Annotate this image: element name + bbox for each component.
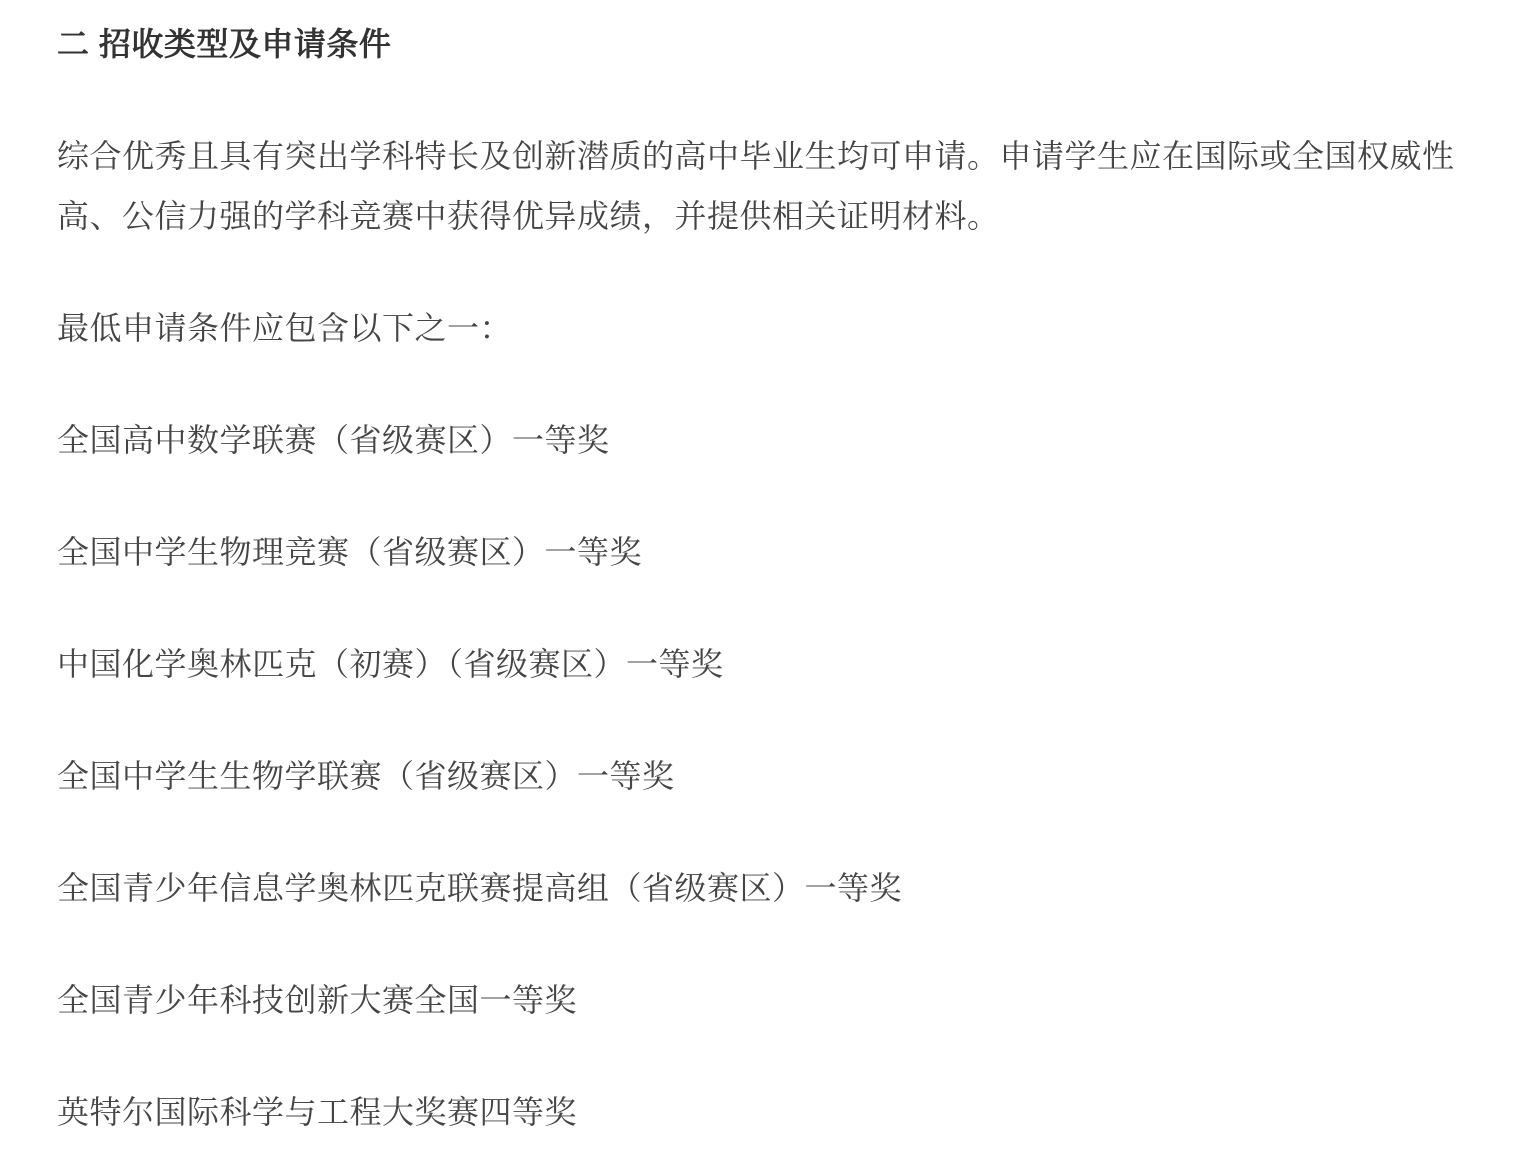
condition-item-intel-isef: 英特尔国际科学与工程大奖赛四等奖 [57, 1082, 1467, 1142]
section-heading: 二 招收类型及申请条件 [57, 20, 1473, 68]
condition-item-math: 全国高中数学联赛（省级赛区）一等奖 [57, 410, 1467, 470]
condition-item-informatics: 全国青少年信息学奥林匹克联赛提高组（省级赛区）一等奖 [57, 858, 1467, 918]
condition-item-physics: 全国中学生物理竞赛（省级赛区）一等奖 [57, 522, 1467, 582]
condition-item-chemistry: 中国化学奥林匹克（初赛）（省级赛区）一等奖 [57, 634, 1467, 694]
document-body: 二 招收类型及申请条件 综合优秀且具有突出学科特长及创新潜质的高中毕业生均可申请… [0, 0, 1530, 1150]
condition-item-science-innovation: 全国青少年科技创新大赛全国一等奖 [57, 970, 1467, 1030]
conditions-lead: 最低申请条件应包含以下之一： [57, 298, 1467, 358]
condition-item-biology: 全国中学生生物学联赛（省级赛区）一等奖 [57, 746, 1467, 806]
intro-paragraph: 综合优秀且具有突出学科特长及创新潜质的高中毕业生均可申请。申请学生应在国际或全国… [57, 126, 1467, 246]
